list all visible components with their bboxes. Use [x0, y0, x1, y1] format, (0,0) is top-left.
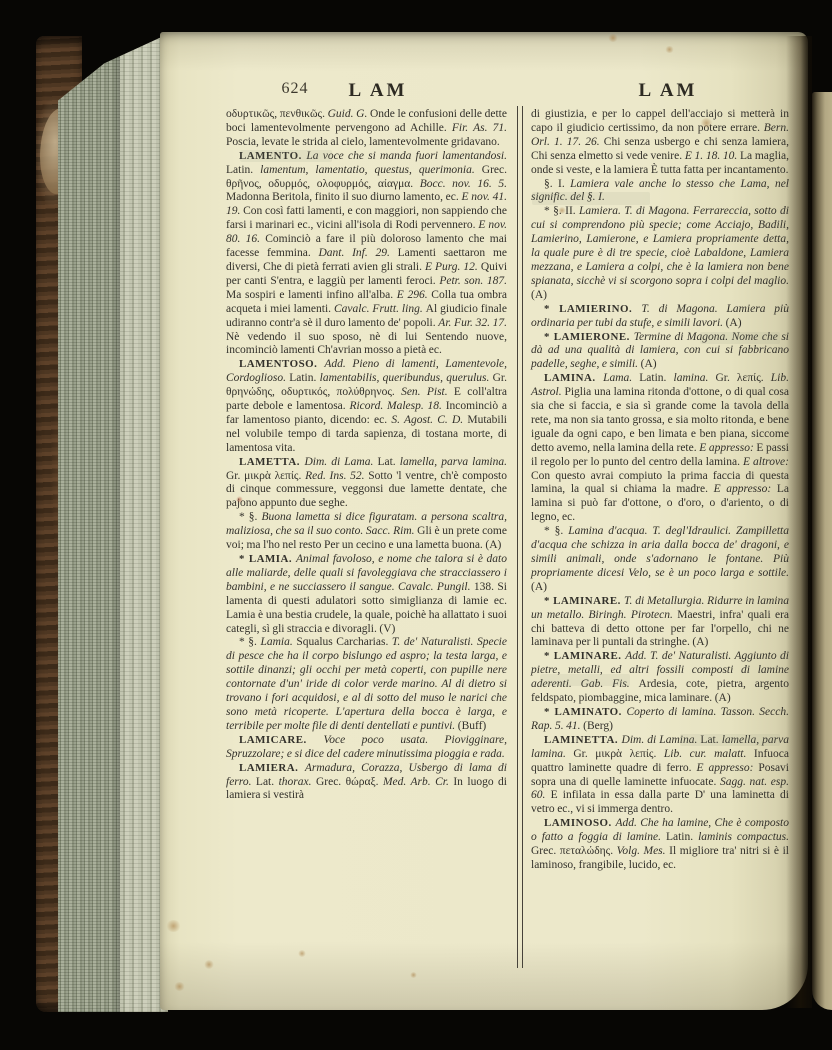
paragraph-continuation: * §. Lamina d'acqua. T. degl'Idraulici. … — [531, 525, 789, 595]
text-run: Sen. Pist. — [401, 386, 454, 398]
bleed-through — [240, 150, 332, 162]
headword: LAMICARE. — [239, 734, 323, 746]
foxing-stain — [608, 34, 618, 42]
text-run: οδυρτικῶς, πενθικῶς. — [226, 108, 328, 120]
text-run: E appresso: — [714, 483, 777, 495]
page-edges-dark — [58, 34, 120, 1012]
text-run: Gr. λεπίς. — [715, 372, 770, 384]
headword: * LAMIA. — [239, 553, 296, 565]
text-run: (A) — [531, 581, 547, 593]
bleed-through — [532, 192, 650, 205]
foxing-stain — [166, 920, 181, 932]
adjacent-page-edge — [812, 92, 832, 1010]
text-run: Lamiera. T. di Magona. Ferrareccia, sott… — [531, 205, 789, 287]
headword: LAMINOSO. — [544, 817, 615, 829]
paragraph-continuation: οδυρτικῶς, πενθικῶς. Guid. G. Onde le co… — [226, 108, 507, 150]
text-run: Latin. — [666, 831, 698, 843]
text-run: Dant. Inf. 29. — [318, 247, 397, 259]
text-run: * §. — [239, 511, 261, 523]
paragraph-continuation: * §. II. Lamiera. T. di Magona. Ferrarec… — [531, 205, 789, 302]
text-run: Lat. — [256, 776, 279, 788]
text-run: E Purg. 12. — [425, 261, 481, 273]
entry-lamiera: LAMIERA. Armadura, Corazza, Usbergo di l… — [226, 762, 507, 804]
headword: * LAMIERONE. — [544, 331, 634, 343]
text-run: E 1. 18. 10. — [685, 150, 740, 162]
foxing-stain — [558, 207, 566, 214]
column-separator — [517, 106, 523, 968]
page-edges — [58, 34, 168, 1012]
text-run: Fir. As. 71. — [452, 122, 507, 134]
text-run: Grec. πεταλώδης. — [531, 845, 617, 857]
text-run: lamentabilis, queribundus, querulus. — [320, 372, 493, 384]
text-run: E infilata in essa dalla parte D' una la… — [531, 789, 789, 815]
text-run: (A) — [531, 289, 547, 301]
book-page: 624 L AM L AM οδυρτικῶς, πενθικῶς. Guid.… — [160, 32, 808, 1010]
headword: LAMINA. — [544, 372, 603, 384]
entry-lamentoso: LAMENTOSO. Add. Pieno di lamenti, Lament… — [226, 358, 507, 455]
headword: LAMENTOSO. — [239, 358, 324, 370]
text-run: lamentum, lamentatio, questus, querimoni… — [260, 164, 482, 176]
paragraph-continuation: di giustizia, e per lo cappel dell'accia… — [531, 108, 789, 178]
headword: * LAMINARE. — [544, 650, 625, 662]
text-run: Madonna Beritola, finito il suo diurno l… — [226, 191, 462, 203]
text-run: thorax. — [279, 776, 316, 788]
text-run: lamella, parva lamina. — [400, 456, 507, 468]
text-run: Volg. Mes. — [617, 845, 669, 857]
headword: * LAMIERINO. — [544, 303, 641, 315]
entry-lametta: LAMETTA. Dim. di Lama. Lat. lamella, par… — [226, 456, 507, 512]
text-run: Latin. — [226, 164, 260, 176]
text-run: Gr. μικρὰ λεπίς. — [226, 470, 305, 482]
right-column: di giustizia, e per lo cappel dell'accia… — [531, 108, 789, 873]
paragraph-continuation: * §. Lamia. Squalus Carcharias. T. de' N… — [226, 636, 507, 733]
entry-lamia: * LAMIA. Animal favoloso, e nome che tal… — [226, 553, 507, 636]
text-run: §. I. — [544, 178, 570, 190]
entry-lamierino: * LAMIERINO. T. di Magona. Lamiera più o… — [531, 303, 789, 331]
entry-lamicare: LAMICARE. Voce poco usata. Piovigginare,… — [226, 734, 507, 762]
foxing-stain — [236, 496, 243, 503]
text-run: Med. Arb. Cr. — [383, 776, 453, 788]
text-run: T. de' Naturalisti. Specie di pesce che … — [226, 636, 507, 731]
text-run: S. Agost. C. D. — [391, 414, 467, 426]
foxing-stain — [700, 118, 713, 128]
page-number: 624 — [265, 80, 325, 98]
text-run: Petr. son. 187. — [439, 275, 507, 287]
foxing-stain — [410, 972, 417, 978]
entry-laminetta: LAMINETTA. Dim. di Lamina. Lat. lamella,… — [531, 734, 789, 817]
text-run: E altrove: — [743, 456, 789, 468]
text-run: Ma sospiri e lamenti infino all'alba. — [226, 289, 397, 301]
text-run: Guid. G. — [328, 108, 370, 120]
photo-background: 624 L AM L AM οδυρτικῶς, πενθικῶς. Guid.… — [0, 0, 832, 1050]
running-title-left: L AM — [318, 80, 438, 102]
text-run: Dim. di Lama. — [304, 456, 377, 468]
text-run: Squalus Carcharias. — [296, 636, 392, 648]
text-run: E appresso: — [697, 762, 759, 774]
text-run: Grec. θώραξ. — [316, 776, 383, 788]
text-run: di giustizia, e per lo cappel dell'accia… — [531, 108, 789, 134]
headword: LAMINETTA. — [544, 734, 622, 746]
entry-laminare: * LAMINARE. T. di Metallurgia. Ridurre i… — [531, 595, 789, 651]
running-title-right: L AM — [608, 80, 728, 102]
text-run: (Buff) — [458, 720, 487, 732]
headword: * LAMINATO. — [544, 706, 626, 718]
entry-laminato: * LAMINATO. Coperto di lamina. Tasson. S… — [531, 706, 789, 734]
text-run: Lib. cur. malatt. — [664, 748, 754, 760]
text-run: Cavalc. Frutt. ling. — [334, 303, 426, 315]
foxing-stain — [174, 982, 185, 991]
text-run: Lamia. — [260, 636, 296, 648]
headword: * LAMINARE. — [544, 595, 624, 607]
text-run: * §. — [239, 636, 260, 648]
text-run: Lama. — [603, 372, 639, 384]
text-run: Lamina d'acqua. T. degl'Idraulici. Zampi… — [531, 525, 789, 579]
foxing-stain — [204, 960, 214, 969]
headword: LAMIERA. — [239, 762, 305, 774]
entry-lamento: LAMENTO. La voce che si manda fuori lame… — [226, 150, 507, 359]
text-run: E 296. — [397, 289, 432, 301]
bleed-through — [700, 332, 780, 344]
text-run: * §. — [544, 525, 568, 537]
text-run: Gr. μικρὰ λεπίς. — [573, 748, 664, 760]
text-run: (Berg) — [583, 720, 613, 732]
foxing-stain — [665, 46, 674, 53]
bleed-through — [680, 734, 780, 746]
foxing-stain — [298, 950, 306, 957]
text-run: lamina. — [674, 372, 716, 384]
entry-laminoso: LAMINOSO. Add. Che ha lamine, Che è comp… — [531, 817, 789, 873]
text-run: (A) — [641, 358, 657, 370]
left-column: οδυρτικῶς, πενθικῶς. Guid. G. Onde le co… — [226, 108, 507, 803]
text-run: Latin. — [289, 372, 319, 384]
paragraph-continuation: * §. Buona lametta si dice figuratam. a … — [226, 511, 507, 553]
text-run: Ar. Fur. 32. 17. — [438, 317, 507, 329]
text-run: Latin. — [639, 372, 673, 384]
text-run: La voce che si manda fuori lamentandosi. — [306, 150, 507, 162]
text-run: (A) — [726, 317, 742, 329]
entry-lamina: LAMINA. Lama. Latin. lamina. Gr. λεπίς. … — [531, 372, 789, 525]
text-run: Poscia, levate le strida al cielo, lamen… — [226, 136, 500, 148]
text-run: Red. Ins. 52. — [305, 470, 368, 482]
text-run: laminis compactus. — [698, 831, 789, 843]
text-run: Con così fatti lamenti, e con maggiori, … — [226, 205, 507, 231]
text-run: Ricord. Malesp. 18. — [349, 400, 445, 412]
text-run: E appresso: — [699, 442, 756, 454]
text-run: Nè vedendo il suo sposo, nè di lui Sente… — [226, 331, 507, 357]
text-run: Lat. — [377, 456, 399, 468]
gutter-shadow — [786, 36, 812, 1008]
page-header: 624 L AM L AM — [160, 80, 808, 106]
bleed-through — [540, 674, 630, 686]
headword: LAMETTA. — [239, 456, 304, 468]
text-run: Bocc. nov. 16. 5. — [420, 178, 507, 190]
